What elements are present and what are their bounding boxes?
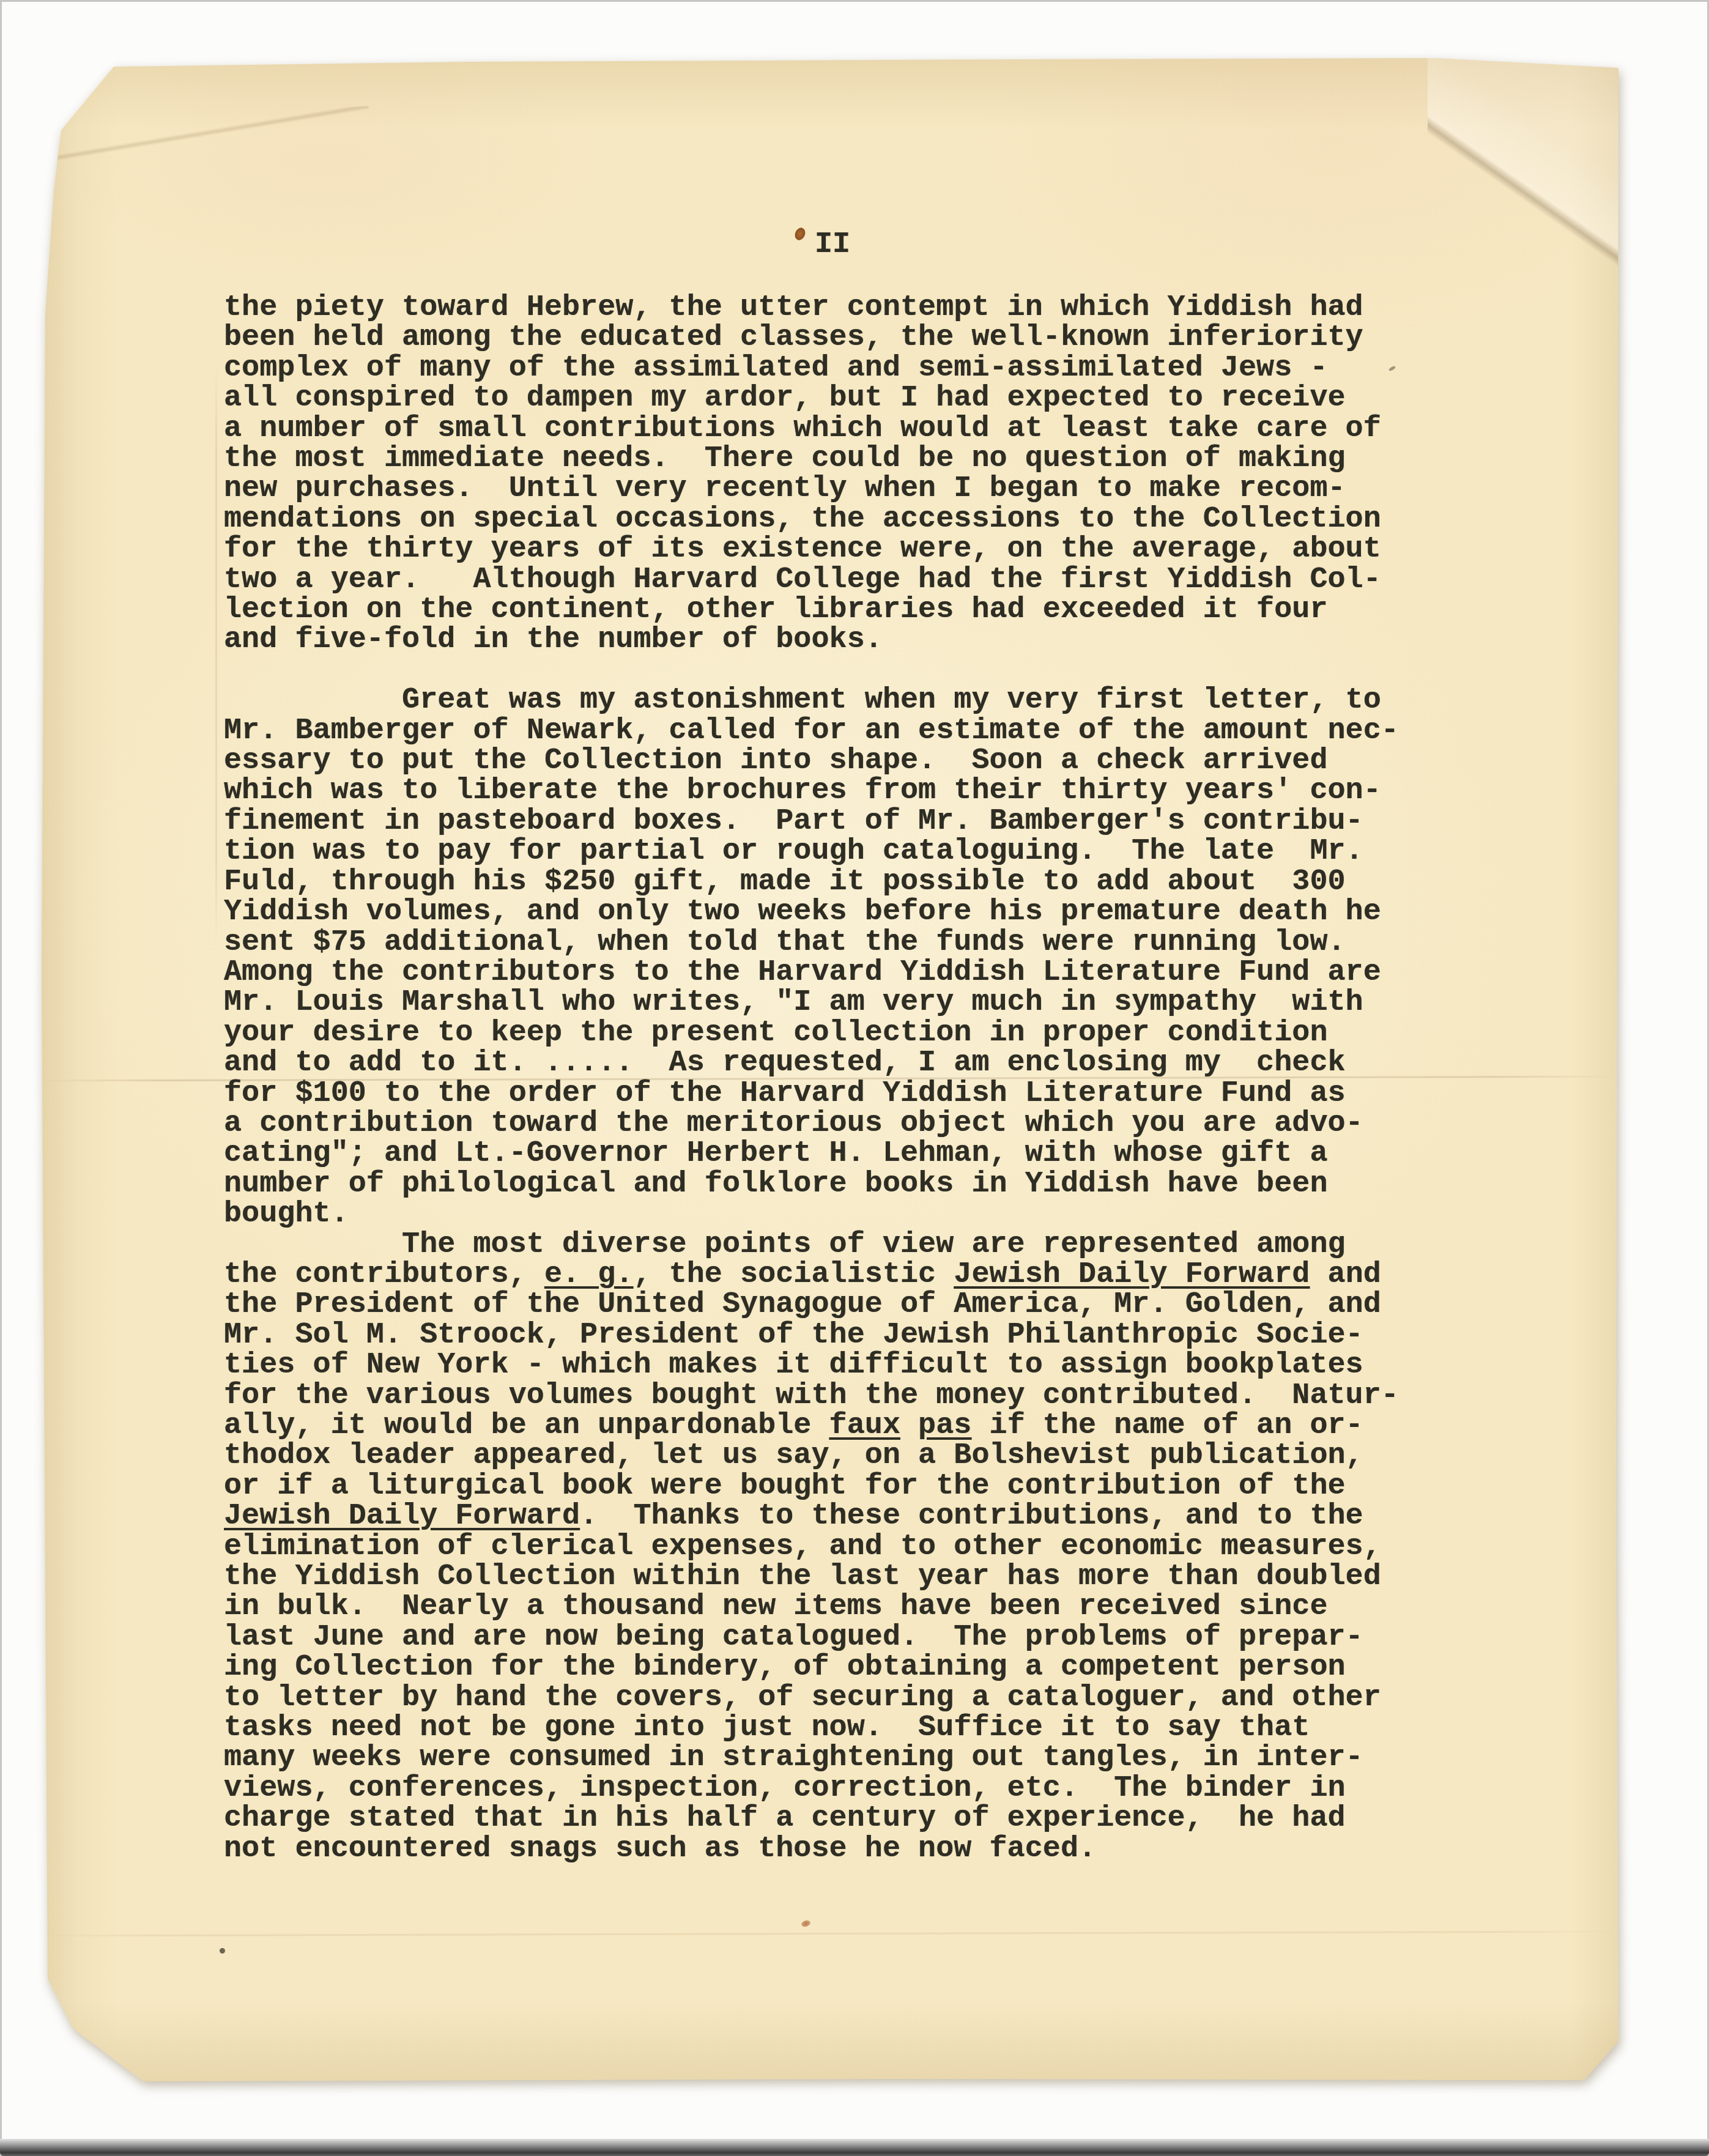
page-number: II bbox=[815, 229, 850, 259]
text-line: the piety toward Hebrew, the utter conte… bbox=[224, 292, 1399, 322]
text-line: a contribution toward the meritorious ob… bbox=[224, 1108, 1399, 1138]
paper-sheet: II the piety toward Hebrew, the utter co… bbox=[39, 58, 1618, 2083]
text-line: number of philological and folklore book… bbox=[224, 1169, 1399, 1199]
paper-crease-vertical bbox=[215, 364, 217, 945]
text-line: bought. bbox=[224, 1199, 1399, 1229]
paper-sheet-wrapper: II the piety toward Hebrew, the utter co… bbox=[39, 58, 1618, 2083]
scan-edge-shadow bbox=[0, 2139, 1709, 2156]
text-line: Mr. Louis Marshall who writes, "I am ver… bbox=[224, 987, 1399, 1017]
text-line: lection on the continent, other librarie… bbox=[224, 595, 1399, 624]
text-line: The most diverse points of view are repr… bbox=[224, 1229, 1399, 1259]
text-line: the contributors, e. g., the socialistic… bbox=[224, 1259, 1399, 1289]
text-line: Among the contributors to the Harvard Yi… bbox=[224, 957, 1399, 987]
document-body: the piety toward Hebrew, the utter conte… bbox=[224, 292, 1399, 1864]
text-line: charge stated that in his half a century… bbox=[224, 1803, 1399, 1833]
text-line: which was to liberate the brochures from… bbox=[224, 776, 1399, 806]
text-line: for the various volumes bought with the … bbox=[224, 1380, 1399, 1410]
text-line: and to add to it. ..... As requested, I … bbox=[224, 1048, 1399, 1078]
text-line: many weeks were consumed in straightenin… bbox=[224, 1743, 1399, 1773]
scanned-document: II the piety toward Hebrew, the utter co… bbox=[0, 0, 1709, 2156]
text-line: your desire to keep the present collecti… bbox=[224, 1018, 1399, 1048]
text-line: essary to put the Collection into shape.… bbox=[224, 746, 1399, 776]
text-line: the Yiddish Collection within the last y… bbox=[224, 1561, 1399, 1591]
text-line: complex of many of the assimilated and s… bbox=[224, 353, 1399, 383]
text-line: and five-fold in the number of books. bbox=[224, 624, 1399, 654]
text-line: Mr. Sol M. Stroock, President of the Jew… bbox=[224, 1320, 1399, 1350]
text-line: new purchases. Until very recently when … bbox=[224, 473, 1399, 503]
text-line: for the thirty years of its existence we… bbox=[224, 534, 1399, 564]
text-line: a number of small contributions which wo… bbox=[224, 413, 1399, 443]
text-line: ing Collection for the bindery, of obtai… bbox=[224, 1652, 1399, 1682]
text-line: elimination of clerical expenses, and to… bbox=[224, 1532, 1399, 1561]
text-line: cating"; and Lt.-Governor Herbert H. Leh… bbox=[224, 1138, 1399, 1168]
fold-crease-top-left bbox=[39, 106, 370, 161]
text-line: Mr. Bamberger of Newark, called for an e… bbox=[224, 716, 1399, 746]
text-line: ties of New York - which makes it diffic… bbox=[224, 1350, 1399, 1380]
text-line: two a year. Although Harvard College had… bbox=[224, 565, 1399, 595]
text-line: last June and are now being catalogued. … bbox=[224, 1622, 1399, 1652]
text-line: Jewish Daily Forward. Thanks to these co… bbox=[224, 1501, 1399, 1531]
text-line: to letter by hand the covers, of securin… bbox=[224, 1683, 1399, 1713]
text-line: sent $75 additional, when told that the … bbox=[224, 927, 1399, 957]
text-line: all conspired to dampen my ardor, but I … bbox=[224, 383, 1399, 413]
text-line: not encountered snags such as those he n… bbox=[224, 1834, 1399, 1864]
text-line: thodox leader appeared, let us say, on a… bbox=[224, 1440, 1399, 1470]
text-line: finement in pasteboard boxes. Part of Mr… bbox=[224, 806, 1399, 836]
text-line: mendations on special occasions, the acc… bbox=[224, 504, 1399, 534]
text-line: ally, it would be an unpardonable faux p… bbox=[224, 1410, 1399, 1440]
text-line: in bulk. Nearly a thousand new items hav… bbox=[224, 1591, 1399, 1621]
text-line: Great was my astonishment when my very f… bbox=[224, 685, 1399, 715]
paper-speck bbox=[793, 226, 807, 242]
text-line: tasks need not be gone into just now. Su… bbox=[224, 1713, 1399, 1743]
fold-crease-top-right bbox=[1428, 58, 1618, 322]
text-line: Yiddish volumes, and only two weeks befo… bbox=[224, 897, 1399, 927]
text-line: for $100 to the order of the Harvard Yid… bbox=[224, 1078, 1399, 1108]
text-line: Fuld, through his $250 gift, made it pos… bbox=[224, 867, 1399, 897]
text-line: the most immediate needs. There could be… bbox=[224, 443, 1399, 473]
blank-line bbox=[224, 655, 1399, 685]
fold-crease-lower bbox=[39, 1931, 1618, 1937]
text-line: the President of the United Synagogue of… bbox=[224, 1289, 1399, 1319]
text-line: been held among the educated classes, th… bbox=[224, 322, 1399, 352]
paper-speck bbox=[220, 1948, 225, 1954]
text-line: views, conferences, inspection, correcti… bbox=[224, 1773, 1399, 1803]
paper-speck bbox=[801, 1919, 811, 1928]
text-line: tion was to pay for partial or rough cat… bbox=[224, 836, 1399, 866]
text-line: or if a liturgical book were bought for … bbox=[224, 1471, 1399, 1501]
